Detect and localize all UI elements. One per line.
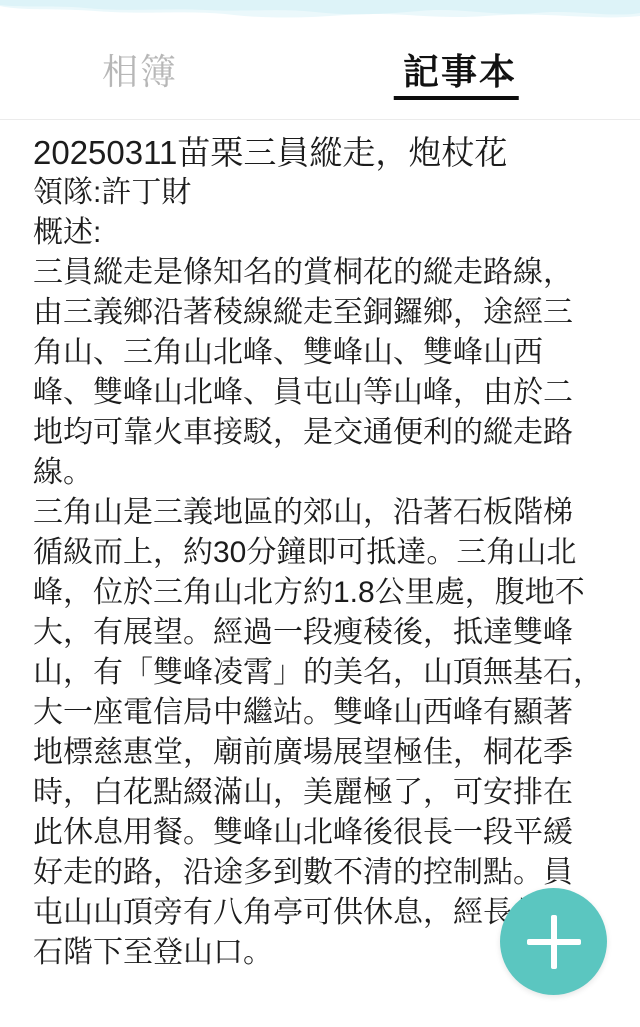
tab-bar: 相簿 記事本 [0,0,640,120]
plus-icon [527,915,581,969]
note-text-line: 地標慈惠堂，廟前廣場展望極佳，桐花季 [33,733,632,773]
tab-photo-album-label: 相簿 [102,44,178,95]
note-text-line: 角山、三角山北峰、雙峰山、雙峰山西 [33,333,632,373]
note-text-line: 大，有展望。經過一段瘦稜後，抵達雙峰 [33,613,632,653]
tab-photo-album[interactable]: 相簿 [0,18,280,120]
tab-bar-divider [0,119,640,120]
note-text-line: 山，有「雙峰凌霄」的美名，山頂無基石， [33,653,632,693]
note-text-line: 三角山是三義地區的郊山，沿著石板階梯 [33,493,632,533]
note-text-line: 此休息用餐。雙峰山北峰後很長一段平緩 [33,813,632,853]
note-body-lines: 領隊:許丁財概述:三員縱走是條知名的賞桐花的縱走路線，由三義鄉沿著稜線縱走至銅鑼… [33,173,632,973]
note-text-line: 循級而上，約30分鐘即可抵達。三角山北 [33,533,632,573]
note-text-line: 線。 [33,453,632,493]
tab-notebook[interactable]: 記事本 [280,18,640,120]
note-title-line: 20250311苗栗三員縱走，炮杖花 [33,133,632,173]
note-text-line: 由三義鄉沿著稜線縱走至銅鑼鄉，途經三 [33,293,632,333]
note-text-line: 大一座電信局中繼站。雙峰山西峰有顯著 [33,693,632,733]
note-text-line: 地均可靠火車接駁，是交通便利的縱走路 [33,413,632,453]
tab-notebook-label: 記事本 [403,44,517,95]
notes-app-screen: 相簿 記事本 20250311苗栗三員縱走，炮杖花 領隊:許丁財概述:三員縱走是… [0,0,640,1027]
note-text-line: 峰、雙峰山北峰、員屯山等山峰，由於二 [33,373,632,413]
note-text-line: 領隊:許丁財 [33,173,632,213]
note-text-line: 好走的路，沿途多到數不清的控制點。員 [33,853,632,893]
note-content: 20250311苗栗三員縱走，炮杖花 領隊:許丁財概述:三員縱走是條知名的賞桐花… [0,128,640,973]
note-text-line: 峰，位於三角山北方約1.8公里處，腹地不 [33,573,632,613]
note-text-line: 三員縱走是條知名的賞桐花的縱走路線， [33,253,632,293]
note-text-line: 時，白花點綴滿山，美麗極了，可安排在 [33,773,632,813]
note-text-line: 概述: [33,213,632,253]
add-note-button[interactable] [500,888,607,995]
active-tab-indicator [394,96,519,100]
